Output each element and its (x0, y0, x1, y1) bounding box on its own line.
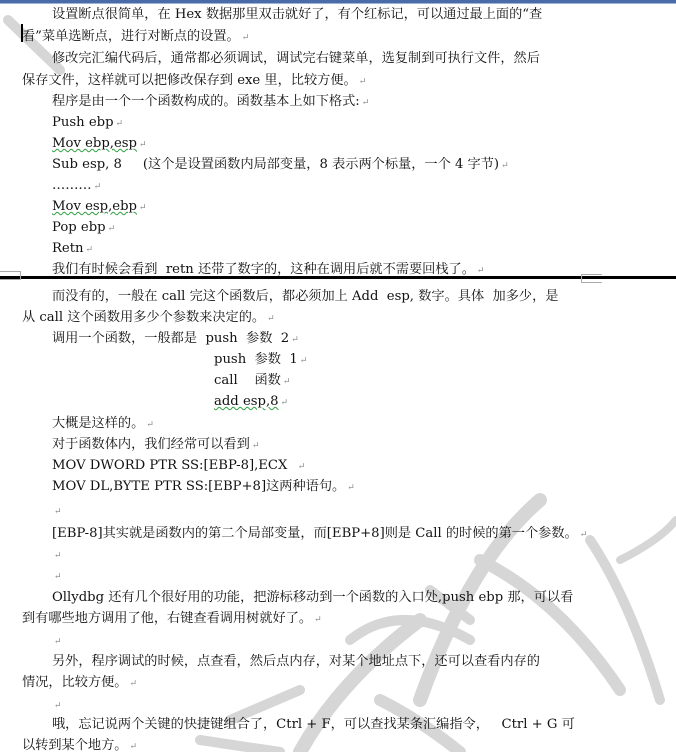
paragraph-mark-icon: ↵ (130, 679, 138, 689)
text-line: Ollydbg 还有几个很好用的功能，把游标移动到一个函数的入口处,push e… (52, 587, 573, 608)
paragraph-mark-icon: ↵ (283, 377, 291, 387)
code-line: Retn↵ (52, 238, 93, 259)
code-line: Sub esp, 8 (这个是设置函数内局部变量，8 表示两个标量，一个 4 字… (52, 154, 509, 175)
paragraph-mark-icon: ↵ (291, 335, 299, 345)
text-line: 哦，忘记说两个关键的快捷键组合了，Ctrl + F，可以查找某条汇编指令， Ct… (52, 714, 575, 735)
paragraph-mark-icon: ↵ (54, 507, 62, 517)
paragraph-mark-icon: ↵ (54, 637, 62, 647)
paragraph-mark-icon: ↵ (54, 572, 62, 582)
text-line: 设置断点很简单，在 Hex 数据那里双击就好了，有个红标记，可以通过最上面的“查 (52, 4, 542, 25)
empty-line: ↵ (52, 565, 62, 586)
paragraph-mark-icon: ↵ (580, 530, 588, 540)
paragraph-mark-icon: ↵ (139, 203, 147, 213)
text-line: 调用一个函数，一般都是 push 参数 2↵ (52, 328, 299, 349)
paragraph-mark-icon: ↵ (54, 551, 62, 561)
paragraph-mark-icon: ↵ (314, 615, 322, 625)
empty-line: ↵ (52, 500, 62, 521)
text-line: [EBP-8]其实就是函数内的第二个局部变量，而[EBP+8]则是 Call 的… (52, 523, 587, 544)
text-line: 以转到某个地方。↵ (22, 735, 137, 752)
code-line: call 函数↵ (214, 370, 290, 391)
code-line: Pop ebp↵ (52, 217, 115, 238)
page-break-divider (0, 276, 676, 279)
text-line: 另外，程序调试的时候，点查看，然后点内存，对某个地址点下，还可以查看内存的 (52, 651, 540, 672)
paragraph-mark-icon: ↵ (146, 420, 154, 430)
paragraph-mark-icon: ↵ (252, 441, 260, 451)
empty-line: ↵ (52, 694, 62, 715)
code-line: MOV DWORD PTR SS:[EBP-8],ECX ↵ (52, 455, 305, 476)
paragraph-mark-icon: ↵ (300, 356, 308, 366)
empty-line: ↵ (52, 544, 62, 565)
text-line: 程序是由一个一个函数构成的。函数基本上如下格式:↵ (52, 91, 369, 112)
empty-line: ↵ (52, 630, 62, 651)
paragraph-mark-icon: ↵ (94, 182, 102, 192)
paragraph-mark-icon: ↵ (139, 140, 147, 150)
code-line: Mov ebp,esp↵ (52, 133, 147, 154)
paragraph-mark-icon: ↵ (359, 77, 367, 87)
code-line: MOV DL,BYTE PTR SS:[EBP+8]这两种语句。↵ (52, 476, 355, 497)
paragraph-mark-icon: ↵ (242, 33, 250, 43)
text-line: 从 call 这个函数用多少个参数来决定的。↵ (22, 307, 275, 328)
page-corner-mark-right (581, 274, 602, 283)
text-line: 而没有的，一般在 call 完这个函数后，都必须加上 Add esp, 数字。具… (52, 286, 558, 307)
paragraph-mark-icon: ↵ (86, 245, 94, 255)
paragraph-mark-icon: ↵ (298, 462, 306, 472)
text-line: 对于函数体内，我们经常可以看到↵ (52, 434, 259, 455)
paragraph-mark-icon: ↵ (108, 224, 116, 234)
page-corner-mark-left (0, 271, 21, 280)
code-line: Push ebp↵ (52, 112, 123, 133)
paragraph-mark-icon: ↵ (347, 483, 355, 493)
text-line: 修改完汇编代码后，通常都必须调试，调试完右键菜单，选复制到可执行文件，然后 (52, 48, 540, 69)
paragraph-mark-icon: ↵ (281, 398, 289, 408)
text-line: ………↵ (52, 175, 101, 196)
paragraph-mark-icon: ↵ (501, 161, 509, 171)
paragraph-mark-icon: ↵ (116, 119, 124, 129)
code-line: Mov esp,ebp↵ (52, 196, 147, 217)
code-line: add esp,8↵ (214, 391, 288, 412)
text-line: 保存文件，这样就可以把修改保存到 exe 里，比较方便。↵ (22, 70, 366, 91)
text-line: 情况，比较方便。↵ (22, 672, 137, 693)
text-line: 到有哪些地方调用了他，右键查看调用树就好了。↵ (22, 608, 322, 629)
code-line: push 参数 1↵ (214, 349, 307, 370)
paragraph-mark-icon: ↵ (362, 98, 370, 108)
text-line: 看”菜单选断点，进行对断点的设置。↵ (22, 26, 249, 47)
paragraph-mark-icon: ↵ (477, 266, 485, 276)
paragraph-mark-icon: ↵ (130, 742, 138, 752)
paragraph-mark-icon: ↵ (54, 701, 62, 711)
text-line: 大概是这样的。↵ (52, 413, 154, 434)
paragraph-mark-icon: ↵ (267, 314, 275, 324)
